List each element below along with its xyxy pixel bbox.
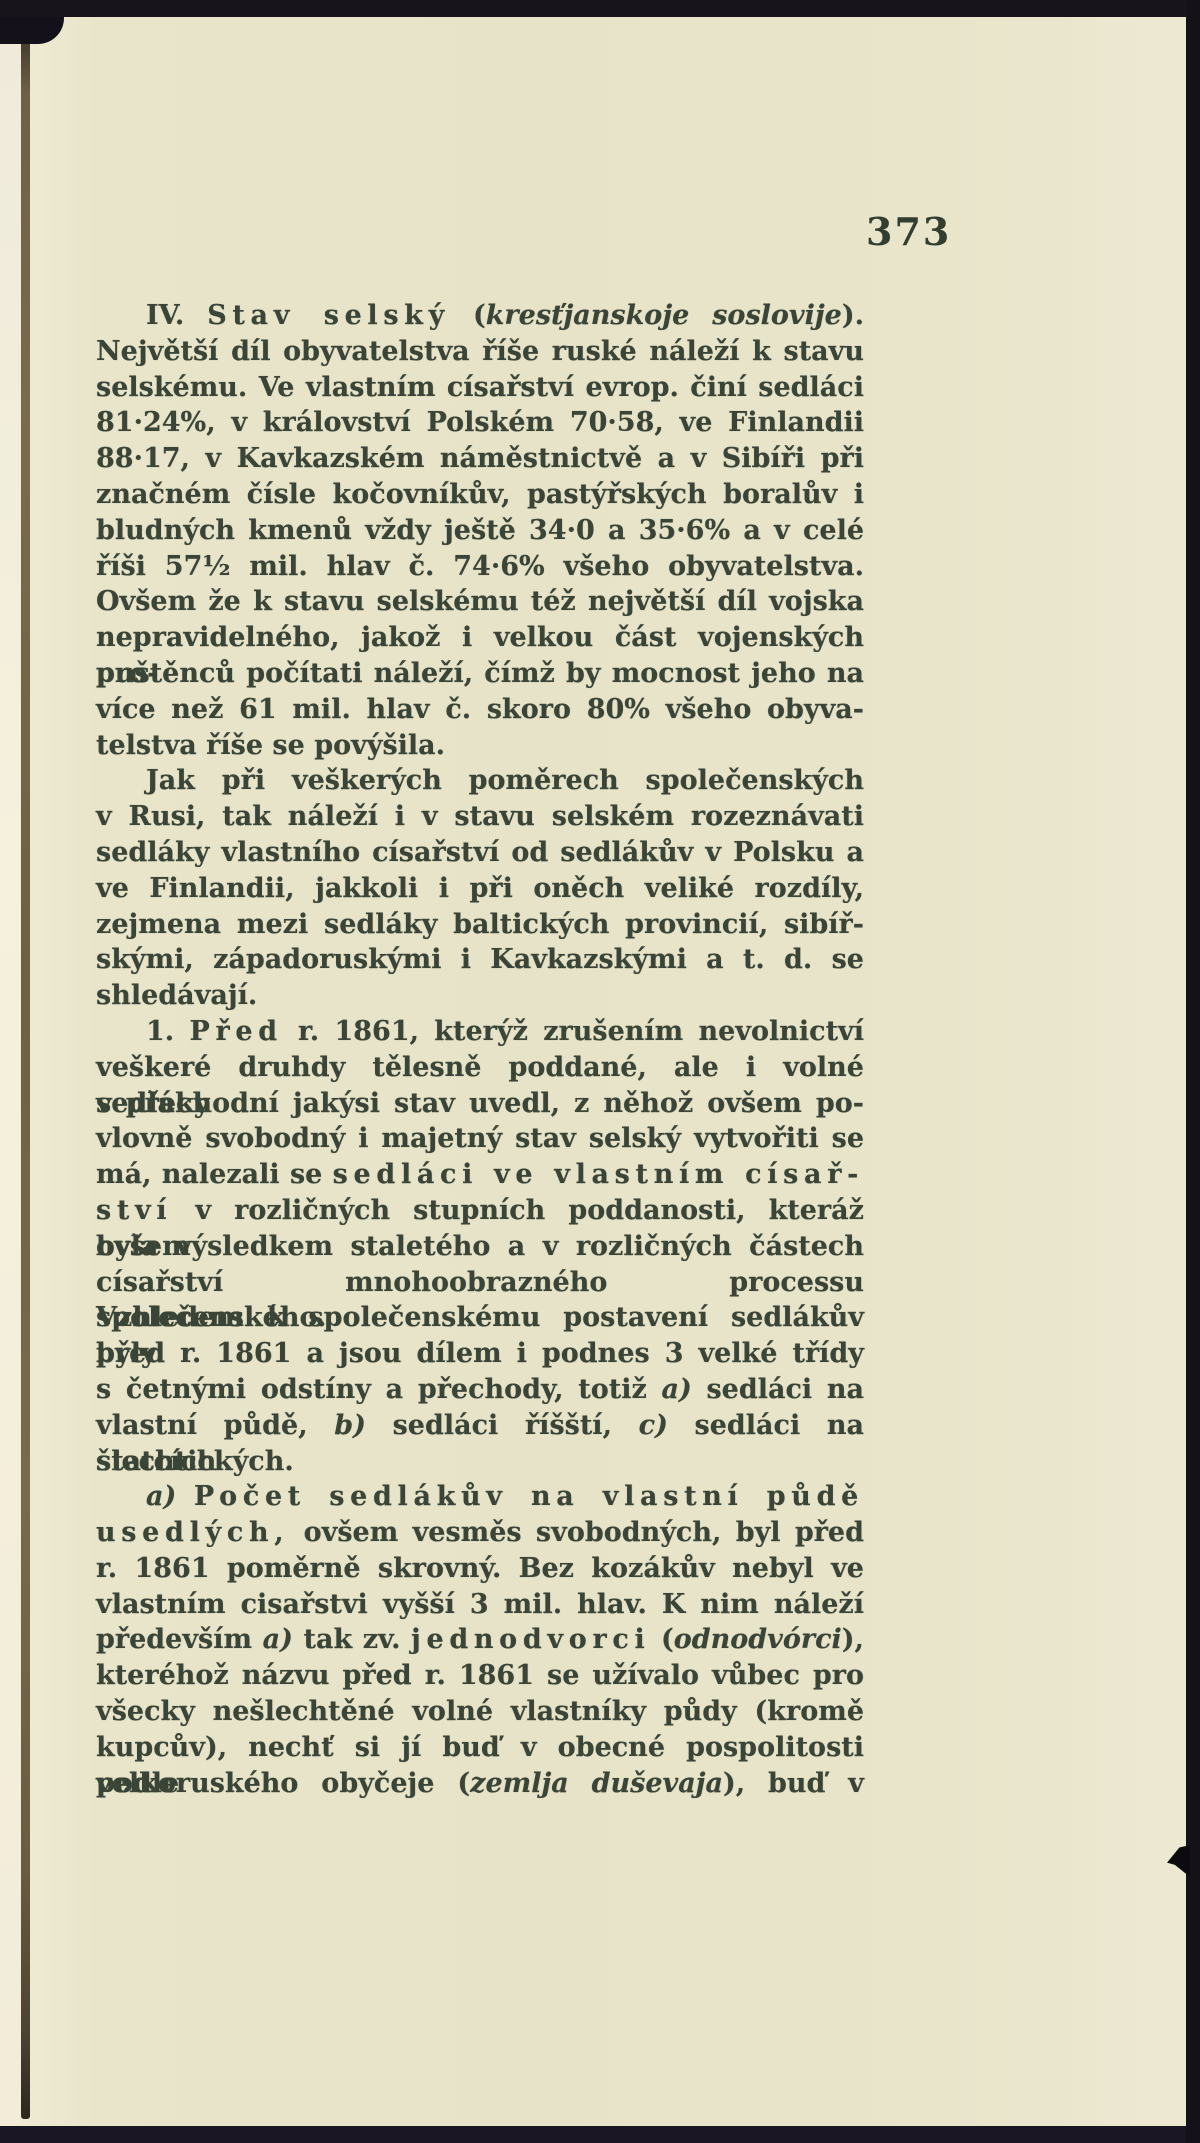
text-run: 81·24%, v království Polském 70·58, ve F… [96,407,864,438]
text-run: ovšem vesměs svobodných, byl před [289,1517,864,1548]
text-run: skými, západoruskými i Kavkazskými a t. … [96,944,864,975]
text-line: 81·24%, v království Polském 70·58, ve F… [96,405,864,441]
italic-term: a) [662,1374,692,1405]
scan-border-right [1186,0,1200,2143]
text-run: ), buď v [723,1768,864,1799]
text-run: před r. 1861 a jsou dílem i podnes 3 vel… [96,1338,864,1369]
text-line: nepravidelného, jakož i velkou část voje… [96,620,864,656]
italic-term: odnodvórci [674,1624,842,1655]
text-run: v Rusi, tak náleží i v stavu selském roz… [96,801,864,832]
text-line: skými, západoruskými i Kavkazskými a t. … [96,942,864,978]
text-run: vlastním cisařstvi vyšší 3 mil. hlav. K … [96,1589,864,1620]
text-run: ( [450,300,486,331]
text-run: ( [650,1624,673,1655]
text-run: ). [842,300,864,331]
page-inner-edge [0,17,20,2126]
text-line: puštěnců počítati náleží, čímž by mocnos… [96,656,864,692]
text-run: bludných kmenů vždy ještě 34·0 a 35·6% a… [96,515,864,546]
text-run: v přechodní jakýsi stav uvedl, z něhož o… [96,1088,864,1119]
text-line: shledávají. [96,978,864,1014]
italic-term: a) [146,1481,194,1512]
text-line: šlechtických. [96,1444,864,1480]
text-line: Jak při veškerých poměrech společenských [96,763,864,799]
text-run: tak zv. [293,1624,411,1655]
binding-fold-shadow [21,29,30,2119]
spaced-emphasis-term: Počet sedlákův na vlastní půdě [194,1481,864,1512]
italic-term: zemlja duševaja [470,1768,723,1799]
text-line: značném čísle kočovníkův, pastýřských bo… [96,477,864,513]
spaced-emphasis-term: jednodvorci [411,1624,650,1655]
text-line: před r. 1861 a jsou dílem i podnes 3 vel… [96,1336,864,1372]
text-line: 88·17, v Kavkazském náměstnictvě a v Sib… [96,441,864,477]
text-line: a) Počet sedlákův na vlastní půdě [96,1479,864,1515]
page-number: 373 [866,209,951,254]
text-run: 1. [146,1016,189,1047]
text-line: císařství mnohoobrazného processu společ… [96,1265,864,1301]
text-run: říši 57½ mil. hlav č. 74·6% všeho obyvat… [96,551,864,582]
text-line: říši 57½ mil. hlav č. 74·6% všeho obyvat… [96,549,864,585]
text-run: značném čísle kočovníkův, pastýřských bo… [96,479,864,510]
text-run: r. 1861, kterýž zrušením nevolnictví [283,1016,864,1047]
spaced-emphasis-term: Stav selský [207,300,450,331]
text-line: sedláky vlastního císařství od sedlákův … [96,835,864,871]
text-run: vlastní půdě, [96,1410,334,1441]
text-line: vlastní půdě, b) sedláci říšští, c) sedl… [96,1408,864,1444]
text-run: kteréhož názvu před r. 1861 se užívalo v… [96,1660,864,1691]
text-run: velkoruského obyčeje ( [96,1768,470,1799]
scan-border-bottom [0,2126,1200,2143]
scan-border-top [0,0,1200,17]
text-run: byla výsledkem staletého a v rozličných … [96,1231,864,1262]
spaced-emphasis-term: usedlých, [96,1517,289,1548]
body-text: IV. Stav selský (kresťjanskoje soslovije… [96,298,864,1801]
text-run: 88·17, v Kavkazském náměstnictvě a v Sib… [96,443,864,474]
text-run: všecky nešlechtěné volné vlastníky půdy … [96,1696,864,1727]
text-line: selskému. Ve vlastním císařství evrop. č… [96,370,864,406]
text-line: vlastním cisařstvi vyšší 3 mil. hlav. K … [96,1587,864,1623]
text-run: především [96,1624,263,1655]
text-run: Jak při veškerých poměrech společenských [146,765,864,796]
text-line: více než 61 mil. hlav č. skoro 80% všeho… [96,692,864,728]
scanned-book-page: 373 IV. Stav selský (kresťjanskoje soslo… [0,0,1200,2143]
text-line: zejmena mezi sedláky baltických provinci… [96,907,864,943]
spaced-emphasis-term: sedláci ve vlastním císař- [333,1159,864,1190]
text-run: má, nalezali se [96,1159,333,1190]
text-line: telstva říše se povýšila. [96,728,864,764]
text-line: byla výsledkem staletého a v rozličných … [96,1229,864,1265]
text-line: Vzhledem k společenskému postavení sedlá… [96,1300,864,1336]
text-run: s četnými odstíny a přechody, totiž [96,1374,662,1405]
text-run: IV. [146,300,207,331]
text-line: ve Finlandii, jakkoli i při oněch veliké… [96,871,864,907]
text-line: Největší díl obyvatelstva říše ruské nál… [96,334,864,370]
text-run: šlechtických. [96,1446,294,1477]
text-line: kteréhož názvu před r. 1861 se užívalo v… [96,1658,864,1694]
italic-term: b) [334,1410,366,1441]
italic-term: a) [263,1624,293,1655]
text-run: více než 61 mil. hlav č. skoro 80% všeho… [96,694,864,725]
text-line: v přechodní jakýsi stav uvedl, z něhož o… [96,1086,864,1122]
text-line: 1. Před r. 1861, kterýž zrušením nevolni… [96,1014,864,1050]
text-line: především a) tak zv. jednodvorci (odnodv… [96,1622,864,1658]
text-line: IV. Stav selský (kresťjanskoje soslovije… [96,298,864,334]
text-line: má, nalezali se sedláci ve vlastním císa… [96,1157,864,1193]
text-run: zejmena mezi sedláky baltických provinci… [96,909,864,940]
paper: 373 IV. Stav selský (kresťjanskoje soslo… [0,17,1186,2126]
text-line: vlovně svobodný i majetný stav selský vy… [96,1121,864,1157]
text-run: ), [842,1624,864,1655]
text-line: ství v rozličných stupních poddanosti, k… [96,1193,864,1229]
text-run: vlovně svobodný i majetný stav selský vy… [96,1123,864,1154]
text-run: puštěnců počítati náleží, čímž by mocnos… [96,658,864,689]
text-run: sedláci na [692,1374,864,1405]
text-run: Největší díl obyvatelstva říše ruské nál… [96,336,864,367]
text-run: sedláci říšští, [366,1410,639,1441]
spaced-emphasis-term: Před [189,1016,282,1047]
text-run: sedláky vlastního císařství od sedlákův … [96,837,864,868]
text-line: velkoruského obyčeje (zemlja duševaja), … [96,1766,864,1802]
italic-term: kresťjanskoje soslovije [486,300,842,331]
italic-term: c) [639,1410,668,1441]
text-line: veškeré druhdy tělesně poddané, ale i vo… [96,1050,864,1086]
text-run: telstva říše se povýšila. [96,730,445,761]
text-line: všecky nešlechtěné volné vlastníky půdy … [96,1694,864,1730]
text-line: Ovšem že k stavu selskému též největší d… [96,584,864,620]
text-line: kupcův), nechť si jí buď v obecné pospol… [96,1730,864,1766]
text-run: Ovšem že k stavu selskému též největší d… [96,586,864,617]
text-run: selskému. Ve vlastním císařství evrop. č… [96,372,864,403]
text-line: s četnými odstíny a přechody, totiž a) s… [96,1372,864,1408]
text-line: bludných kmenů vždy ještě 34·0 a 35·6% a… [96,513,864,549]
text-line: usedlých, ovšem vesměs svobodných, byl p… [96,1515,864,1551]
text-run: r. 1861 poměrně skrovný. Bez kozákův neb… [96,1553,864,1584]
text-line: v Rusi, tak náleží i v stavu selském roz… [96,799,864,835]
spaced-emphasis-term: ství [96,1195,172,1226]
text-run: ve Finlandii, jakkoli i při oněch veliké… [96,873,864,904]
text-run: shledávají. [96,980,257,1011]
text-line: r. 1861 poměrně skrovný. Bez kozákův neb… [96,1551,864,1587]
